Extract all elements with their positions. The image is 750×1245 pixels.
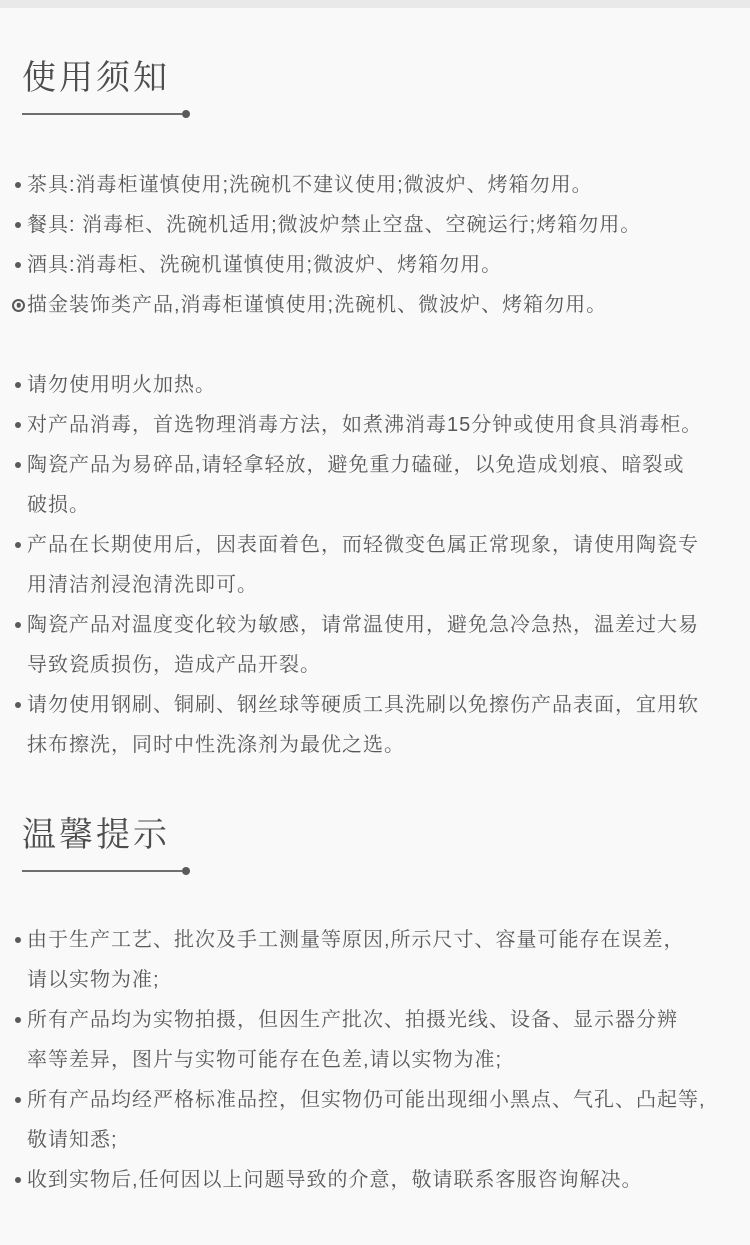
- list-item-text: 请勿使用钢刷、铜刷、钢丝球等硬质工具洗刷以免擦伤产品表面，宜用软 抹布擦洗，同时…: [27, 694, 699, 756]
- list-item: 产品在长期使用后，因表面着色，而轻微变色属正常现象，请使用陶瓷专 用清洁剂浸泡清…: [22, 525, 722, 605]
- bullet-dot-icon: [15, 622, 21, 628]
- bullet-dot-icon: [15, 937, 21, 943]
- bullet-dot-icon: [15, 542, 21, 548]
- bullet-dot-icon: [15, 1017, 21, 1023]
- list-item-text: 描金装饰类产品,消毒柜谨慎使用;洗碗机、微波炉、烤箱勿用。: [27, 294, 607, 316]
- section-title-warm-tips: 温馨提示: [22, 815, 722, 856]
- general-care-list: 请勿使用明火加热。 对产品消毒，首选物理消毒方法，如煮沸消毒15分钟或使用食具消…: [22, 365, 722, 765]
- section-warm-tips: 温馨提示 由于生产工艺、批次及手工测量等原因,所示尺寸、容量可能存在误差， 请以…: [0, 815, 750, 1200]
- title-underline: [22, 113, 182, 115]
- list-item: 陶瓷产品对温度变化较为敏感，请常温使用，避免急冷急热，温差过大易 导致瓷质损伤，…: [22, 605, 722, 685]
- list-item-text: 酒具:消毒柜、洗碗机谨慎使用;微波炉、烤箱勿用。: [27, 254, 502, 276]
- list-item: 陶瓷产品为易碎品,请轻拿轻放，避免重力磕碰，以免造成划痕、暗裂或 破损。: [22, 445, 722, 525]
- list-item: 茶具:消毒柜谨慎使用;洗碗机不建议使用;微波炉、烤箱勿用。: [22, 165, 722, 205]
- list-item: 餐具: 消毒柜、洗碗机适用;微波炉禁止空盘、空碗运行;烤箱勿用。: [22, 205, 722, 245]
- section-title-usage-notice: 使用须知: [22, 58, 722, 99]
- list-item-text: 茶具:消毒柜谨慎使用;洗碗机不建议使用;微波炉、烤箱勿用。: [27, 174, 593, 196]
- top-divider-strip: [0, 0, 750, 8]
- bullet-dot-icon: [15, 1097, 21, 1103]
- list-item: 酒具:消毒柜、洗碗机谨慎使用;微波炉、烤箱勿用。: [22, 245, 722, 285]
- bullet-bullseye-icon: [12, 299, 25, 312]
- underline-end-dot-icon: [182, 867, 190, 875]
- list-item: 请勿使用明火加热。: [22, 365, 722, 405]
- list-item: 对产品消毒，首选物理消毒方法，如煮沸消毒15分钟或使用食具消毒柜。: [22, 405, 722, 445]
- list-item: 所有产品均为实物拍摄，但因生产批次、拍摄光线、设备、显示器分辨 率等差异，图片与…: [22, 1000, 722, 1080]
- warm-tips-list: 由于生产工艺、批次及手工测量等原因,所示尺寸、容量可能存在误差， 请以实物为准;…: [22, 920, 722, 1200]
- list-item-text: 产品在长期使用后，因表面着色，而轻微变色属正常现象，请使用陶瓷专 用清洁剂浸泡清…: [27, 534, 699, 596]
- bullet-dot-icon: [15, 262, 21, 268]
- bullet-dot-icon: [15, 462, 21, 468]
- list-item-text: 陶瓷产品对温度变化较为敏感，请常温使用，避免急冷急热，温差过大易 导致瓷质损伤，…: [27, 614, 699, 676]
- bullet-dot-icon: [15, 1177, 21, 1183]
- list-item: 所有产品均经严格标准品控，但实物仍可能出现细小黑点、气孔、凸起等, 敬请知悉;: [22, 1080, 722, 1160]
- list-item-text: 收到实物后,任何因以上问题导致的介意，敬请联系客服咨询解决。: [27, 1169, 643, 1191]
- usage-notice-page: 使用须知 茶具:消毒柜谨慎使用;洗碗机不建议使用;微波炉、烤箱勿用。 餐具: 消…: [0, 0, 750, 1245]
- bullet-dot-icon: [15, 422, 21, 428]
- bullet-dot-icon: [15, 182, 21, 188]
- list-item-text: 对产品消毒，首选物理消毒方法，如煮沸消毒15分钟或使用食具消毒柜。: [27, 414, 702, 436]
- list-item-text: 由于生产工艺、批次及手工测量等原因,所示尺寸、容量可能存在误差， 请以实物为准;: [27, 929, 685, 991]
- list-item-text: 所有产品均经严格标准品控，但实物仍可能出现细小黑点、气孔、凸起等, 敬请知悉;: [27, 1089, 706, 1151]
- underline-end-dot-icon: [182, 110, 190, 118]
- bullet-dot-icon: [15, 702, 21, 708]
- section-usage-notice: 使用须知 茶具:消毒柜谨慎使用;洗碗机不建议使用;微波炉、烤箱勿用。 餐具: 消…: [0, 58, 750, 765]
- list-item-text: 所有产品均为实物拍摄，但因生产批次、拍摄光线、设备、显示器分辨 率等差异，图片与…: [27, 1009, 678, 1071]
- list-item: 描金装饰类产品,消毒柜谨慎使用;洗碗机、微波炉、烤箱勿用。: [22, 285, 722, 325]
- list-item: 收到实物后,任何因以上问题导致的介意，敬请联系客服咨询解决。: [22, 1160, 722, 1200]
- list-item: 由于生产工艺、批次及手工测量等原因,所示尺寸、容量可能存在误差， 请以实物为准;: [22, 920, 722, 1000]
- list-item-text: 餐具: 消毒柜、洗碗机适用;微波炉禁止空盘、空碗运行;烤箱勿用。: [27, 214, 641, 236]
- bullet-dot-icon: [15, 382, 21, 388]
- bullet-dot-icon: [15, 222, 21, 228]
- title-underline: [22, 870, 182, 872]
- list-item: 请勿使用钢刷、铜刷、钢丝球等硬质工具洗刷以免擦伤产品表面，宜用软 抹布擦洗，同时…: [22, 685, 722, 765]
- list-item-text: 请勿使用明火加热。: [27, 374, 216, 396]
- appliance-care-list: 茶具:消毒柜谨慎使用;洗碗机不建议使用;微波炉、烤箱勿用。 餐具: 消毒柜、洗碗…: [22, 165, 722, 325]
- list-item-text: 陶瓷产品为易碎品,请轻拿轻放，避免重力磕碰，以免造成划痕、暗裂或 破损。: [27, 454, 685, 516]
